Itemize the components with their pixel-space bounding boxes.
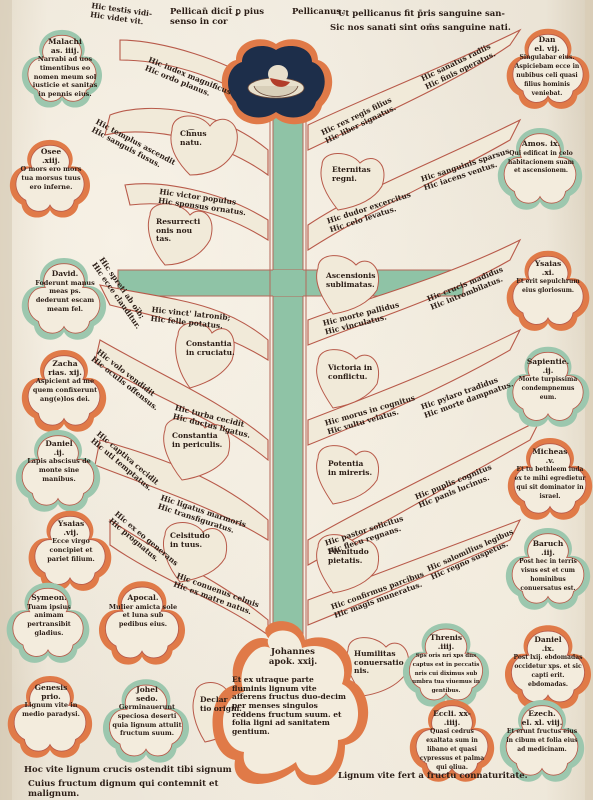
prophet-text: Ecce virgo concipiet et pariet filium. [47, 537, 95, 562]
leaf-left-5: Celsitudo in tuus. [170, 532, 210, 549]
prophet-apocal: Apocal.Mulier amicta sole et luna sub pe… [108, 594, 178, 629]
prophet-text: Lapis abscisus de monte sine manibus. [27, 457, 91, 482]
prophet-amos: Amos. ix.Qui edificat in celo habitacion… [506, 140, 576, 175]
prophet-title: Sapientie. .ij. [527, 357, 569, 375]
prophet-title: Genesis prio. [35, 683, 68, 701]
prophet-title: Zacha rias. xij. [48, 359, 82, 377]
prophet-title: Dan el. vij. [534, 35, 559, 53]
prophet-text: Singulabar eius. Aspiciebam ecce in nubi… [515, 54, 579, 97]
leaf-right-5: Plenitudo pietatis. [328, 548, 369, 565]
prophet-zacharias: Zacha rias. xij.Aspicient ad me quem con… [32, 360, 98, 403]
prophet-text: Germinauerunt speciosa deserti quia lign… [112, 703, 181, 737]
prophet-text: Sps oris nri xps dns captus est in pecca… [412, 653, 480, 694]
prophet-eccli: Eccli. xx- .iiij.Quasi cedrus exaltata s… [416, 710, 488, 772]
pelican-roundel [222, 39, 332, 124]
leaf-left-1: Ch͡nus natu. [180, 130, 207, 147]
prophet-symeon: Symeon.Tuam ipsius animam pertransibit g… [16, 594, 82, 637]
leaf-right-1: Eternitas regni. [332, 166, 371, 183]
prophet-title: Ysaias .xi. [535, 259, 561, 277]
leaf-left-3: Constantia in cruciatu. [186, 340, 235, 357]
prophet-sapientie: Sapientie. .ij.Morte turpissima condempn… [514, 358, 582, 402]
verse-line-1: Ut pellicanus fit p̄ris sanguine san- [338, 10, 538, 20]
prophet-text: Tuam ipsius animam pertransibit gladius. [27, 603, 71, 637]
prophet-title: Daniel .ij. [45, 439, 72, 457]
prophet-title: Baruch .iij. [533, 539, 564, 557]
prophet-text: Lignum vite in medio paradysi. [22, 701, 80, 718]
prophet-title: Apocal. [128, 593, 159, 602]
prophet-ysaias-xi: Ysaias .xi.Et erit sepulchrum eius glori… [514, 260, 582, 295]
footer-right-line: Lignum vite fert a fructu connaturitate. [338, 772, 578, 782]
footer-left-line-2: Cuius fructum dignum qui contemnit et ma… [28, 780, 268, 800]
prophet-david: David.Foderunt manus meas ps. dederunt e… [32, 270, 98, 313]
leaf-left-2: Resurrecti onis nou tas. [156, 218, 200, 244]
verse-line-2: Sic nos sanati sint om̄s sanguine nati. [330, 24, 540, 34]
leaf-right-2: Ascensionis sublimatas. [326, 272, 375, 289]
prophet-text: Morte turpissima condempnemus eum. [519, 376, 578, 401]
prophet-text: Et erunt fructus eius in cibum et folia … [506, 728, 577, 753]
leaf-right-4: Potentia in mireris. [328, 460, 372, 477]
prophet-title: Micheas .v. [532, 447, 567, 465]
prophet-genesis: Genesis prio.Lignum vite in medio parady… [18, 684, 84, 719]
joannes-text: Et ex utraque parte fluminis lignum vite… [232, 676, 346, 736]
prophet-text: Aspicient ad me quem confixerunt ang(e)l… [33, 377, 97, 402]
prophet-text: Post hec in terris visus est et cum homi… [519, 558, 577, 592]
prophet-title: Daniel .ix. [534, 635, 561, 653]
prophet-title: Threnis .iiij. [430, 633, 462, 651]
prophet-text: Foderunt manus meas ps. dederunt escam m… [35, 279, 95, 313]
prophet-title: Ezech. el. xl. viij. [522, 709, 563, 727]
pellicanus-caption: Pellican̄ dicit̄ ꝑ pius senso in cor [170, 8, 280, 28]
prophet-text: Quasi cedrus exaltata sum in libano et q… [420, 728, 484, 771]
prophet-title: Malachi as. iiij. [48, 37, 82, 55]
prophet-daniel-ii: Daniel .ij.Lapis abscisus de monte sine … [26, 440, 92, 483]
pellicanus-title: Pellicanus. [292, 8, 344, 18]
prophet-title: Symeon. [31, 593, 67, 602]
prophet-johel: Johel sedo.Germinauerunt speciosa desert… [112, 686, 182, 738]
prophet-threnis: Threnis .iiij.Sps oris nri xps dns captu… [410, 634, 482, 694]
footer-left-line-1: Hoc vite lignum crucis ostendit tibi sig… [24, 766, 254, 776]
prophet-title: David. [52, 269, 78, 278]
prophet-text: Mulier amicta sole et luna sub pedibus e… [109, 603, 177, 628]
prophet-text: Narrabi ad uos timentibus eo nomen meum … [33, 55, 98, 98]
prophet-title: Johel sedo. [136, 685, 158, 703]
prophet-micheas: Micheas .v.Et tu bethleem iuda ex te mih… [514, 448, 586, 501]
prophet-title: Ysaias .vij. [58, 519, 84, 537]
prophet-ezech: Ezech. el. xl. viij.Et erunt fructus eiu… [506, 710, 578, 754]
prophet-baruch: Baruch .iij.Post hec in terris visus est… [512, 540, 584, 593]
joannes-title: Johannes apok. xxij. [248, 648, 338, 668]
prophet-text: Qui edificat in celo habitacionem suam e… [508, 150, 574, 175]
prophet-osee: Osee .xiij.O mors ero mors tua morsus tu… [20, 148, 82, 191]
leaf-right-3: Victoria in conflictu. [328, 364, 372, 381]
prophet-text: Et erit sepulchrum eius gloriosum. [516, 278, 579, 294]
prophet-title: Eccli. xx- .iiij. [433, 709, 471, 727]
prophet-daniel-ix: Daniel .ix.Post lxij. ebdomadas occidetu… [512, 636, 584, 689]
prophet-malachias: Malachi as. iiij.Narrabi ad uos timentib… [32, 38, 98, 98]
leaf-left-4: Constantia in periculis. [172, 432, 222, 449]
prophet-text: Et tu bethleem iuda ex te mihi egredietu… [514, 466, 585, 500]
manuscript-page: Pellican̄ dicit̄ ꝑ pius senso in cor Pel… [0, 0, 593, 800]
prophet-ysaias-vii: Ysaias .vij.Ecce virgo concipiet et pari… [38, 520, 104, 563]
prophet-title: Osee .xiij. [41, 147, 61, 165]
prophet-title: Amos. ix. [522, 139, 560, 148]
leaf-right-6: Humilitas conuersatio nis. [354, 650, 404, 676]
prophet-text: Post lxij. ebdomadas occidetur xps. et s… [514, 654, 583, 688]
prophet-text: O mors ero mors tua morsus tuus ero infe… [21, 165, 82, 190]
prophet-daniel-vii: Dan el. vij.Singulabar eius. Aspiciebam … [512, 36, 582, 98]
